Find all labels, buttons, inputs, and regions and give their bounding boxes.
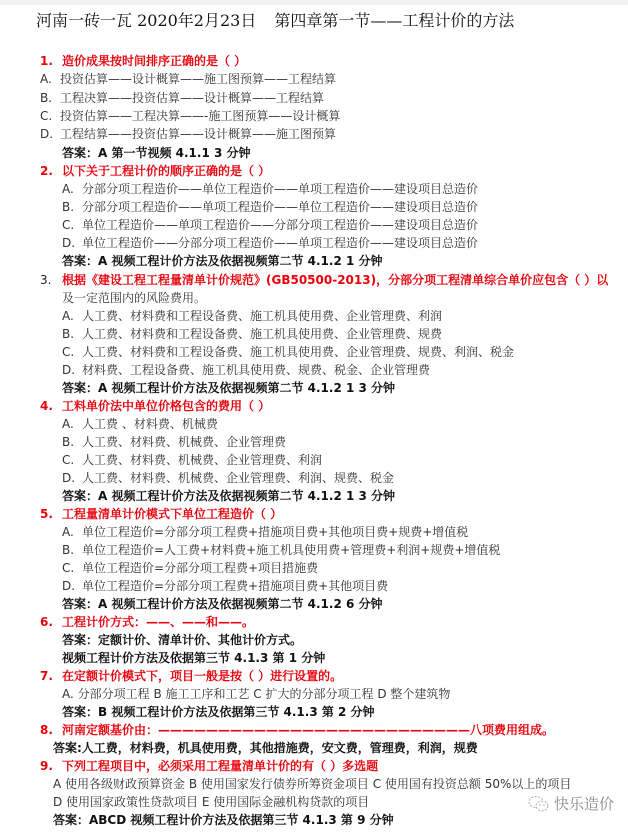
q5-answer: 答案：A 视频工程计价方法及依据视频第二节 4.1.2 6 分钟 [62, 595, 383, 613]
q5-option-b: B.单位工程造价=人工费+材料费+施工机具使用费+管理费+利润+规费+增值税 [62, 541, 500, 559]
page-title: 河南一砖一瓦 2020年2月23日第四章第一节——工程计价的方法 [36, 8, 514, 31]
title-source: 河南一砖一瓦 2020年2月23日 [36, 11, 256, 30]
q3-option-d: D.材料费、工程设备费、施工机具使用费、规费、税金、企业管理费 [62, 361, 430, 379]
q5-option-c: C.单位工程造价=分部分项工程费+项目措施费 [62, 559, 318, 577]
q4-option-b: B.人工费、材料费、机械费、企业管理费 [62, 433, 286, 451]
watermark-text: 快乐造价 [554, 793, 614, 814]
question-8: 8.河南定额基价由：——————————————————————————八项费用… [40, 721, 554, 739]
q7-answer: 答案：B 视频工程计价方法及依据第三节 4.1.3 第 2 分钟 [62, 703, 375, 721]
question-4: 4.工料单价法中单位价格包含的费用（ ） [40, 397, 270, 415]
q4-option-a: A.人工费 、材料费、机械费 [62, 415, 218, 433]
q5-option-d: D.单位工程造价=分部分项工程费+措施项目费+其他项目费 [62, 577, 388, 595]
q1-answer: 答案：A 第一节视频 4.1.1 3 分钟 [62, 144, 251, 162]
question-3: 3.根据《建设工程工程量清单计价规范》(GB50500-2013)，分部分项工程… [40, 271, 608, 289]
q4-option-d: D.人工费、材料费、机械费、企业管理费、利润、规费、税金 [62, 469, 394, 487]
question-1: 1.造价成果按时间排序正确的是（ ） [40, 52, 246, 70]
question-9: 9.下列工程项目中，必须采用工程量清单计价的有（ ）多选题 [40, 757, 378, 775]
question-6: 6.工程计价方式：——、——和——。 [40, 613, 254, 631]
q6-answer-source: 视频工程计价方法及依据第三节 4.1.3 第 1 分钟 [62, 649, 325, 667]
q9-options-line2: D 使用国家政策性贷款项目 E 使用国际金融机构贷款的项目 [53, 793, 369, 811]
question-3-continued: 及一定范围内的风险费用。 [62, 289, 206, 307]
question-7: 7.在定额计价模式下，项目一般是按（ ）进行设置的。 [40, 667, 342, 685]
q1-option-d: D.工程结算——投资估算——设计概算——施工图预算 [40, 125, 336, 143]
q2-option-c: C.单位工程造价——单项工程造价——分部分项工程造价——建设项目总造价 [62, 216, 478, 234]
q3-option-a: A.人工费、材料费和工程设备费、施工机具使用费、企业管理费、利润 [62, 307, 442, 325]
question-5: 5.工程量清单计价模式下单位工程造价（ ） [40, 505, 282, 523]
q7-options: A. 分部分项工程 B 施工工序和工艺 C 扩大的分部分项工程 D 整个建筑物 [62, 685, 450, 703]
q3-answer: 答案：A 视频工程计价方法及依据视频第二节 4.1.2 1 3 分钟 [62, 379, 395, 397]
q3-option-c: C.人工费、材料费和工程设备费、施工机具使用费、企业管理费、规费、利润、税金 [62, 343, 514, 361]
q2-option-d: D.单位工程造价——分部分项工程造价——单项工程造价——建设项目总造价 [62, 234, 478, 252]
q3-option-b: B.人工费、材料费和工程设备费、施工机具使用费、企业管理费、规费 [62, 325, 442, 343]
q1-option-c: C.投资估算——工程决算——-施工图预算——设计概算 [40, 107, 340, 125]
q9-options-line1: A 使用各级财政预算资金 B 使用国家发行债券所筹资金项目 C 使用国有投资总额… [53, 775, 571, 793]
wechat-icon [528, 795, 550, 813]
title-chapter: 第四章第一节——工程计价的方法 [274, 11, 514, 30]
q9-answer: 答案：ABCD 视频工程计价方法及依据第三节 4.1.3 第 9 分钟 [53, 811, 394, 829]
question-2: 2.以下关于工程计价的顺序正确的是（ ） [40, 162, 270, 180]
q1-option-b: B.工程决算——投资估算——设计概算——工程结算 [40, 89, 324, 107]
q2-option-a: A.分部分项工程造价——单位工程造价——单项工程造价——建设项目总造价 [62, 180, 478, 198]
top-border [0, 0, 628, 5]
q4-answer: 答案：A 视频工程计价方法及依据视频第二节 4.1.2 1 3 分钟 [62, 487, 395, 505]
q6-answer: 答案：定额计价、清单计价、其他计价方式。 [62, 631, 302, 649]
watermark: 快乐造价 [528, 793, 614, 814]
q1-option-a: A.投资估算——设计概算——施工图预算——工程结算 [40, 70, 336, 88]
q8-answer: 答案:人工费，材料费，机具使用费，其他措施费，安文费，管理费，利润，规费 [53, 739, 478, 757]
q5-option-a: A.单位工程造价=分部分项工程费+措施项目费+其他项目费+规费+增值税 [62, 523, 468, 541]
q2-option-b: B.分部分项工程造价——单项工程造价——单位工程造价——建设项目总造价 [62, 198, 478, 216]
q2-answer: 答案：A 视频工程计价方法及依据视频第二节 4.1.2 1 分钟 [62, 252, 383, 270]
q4-option-c: C.人工费、材料费、机械费、企业管理费、利润 [62, 451, 322, 469]
